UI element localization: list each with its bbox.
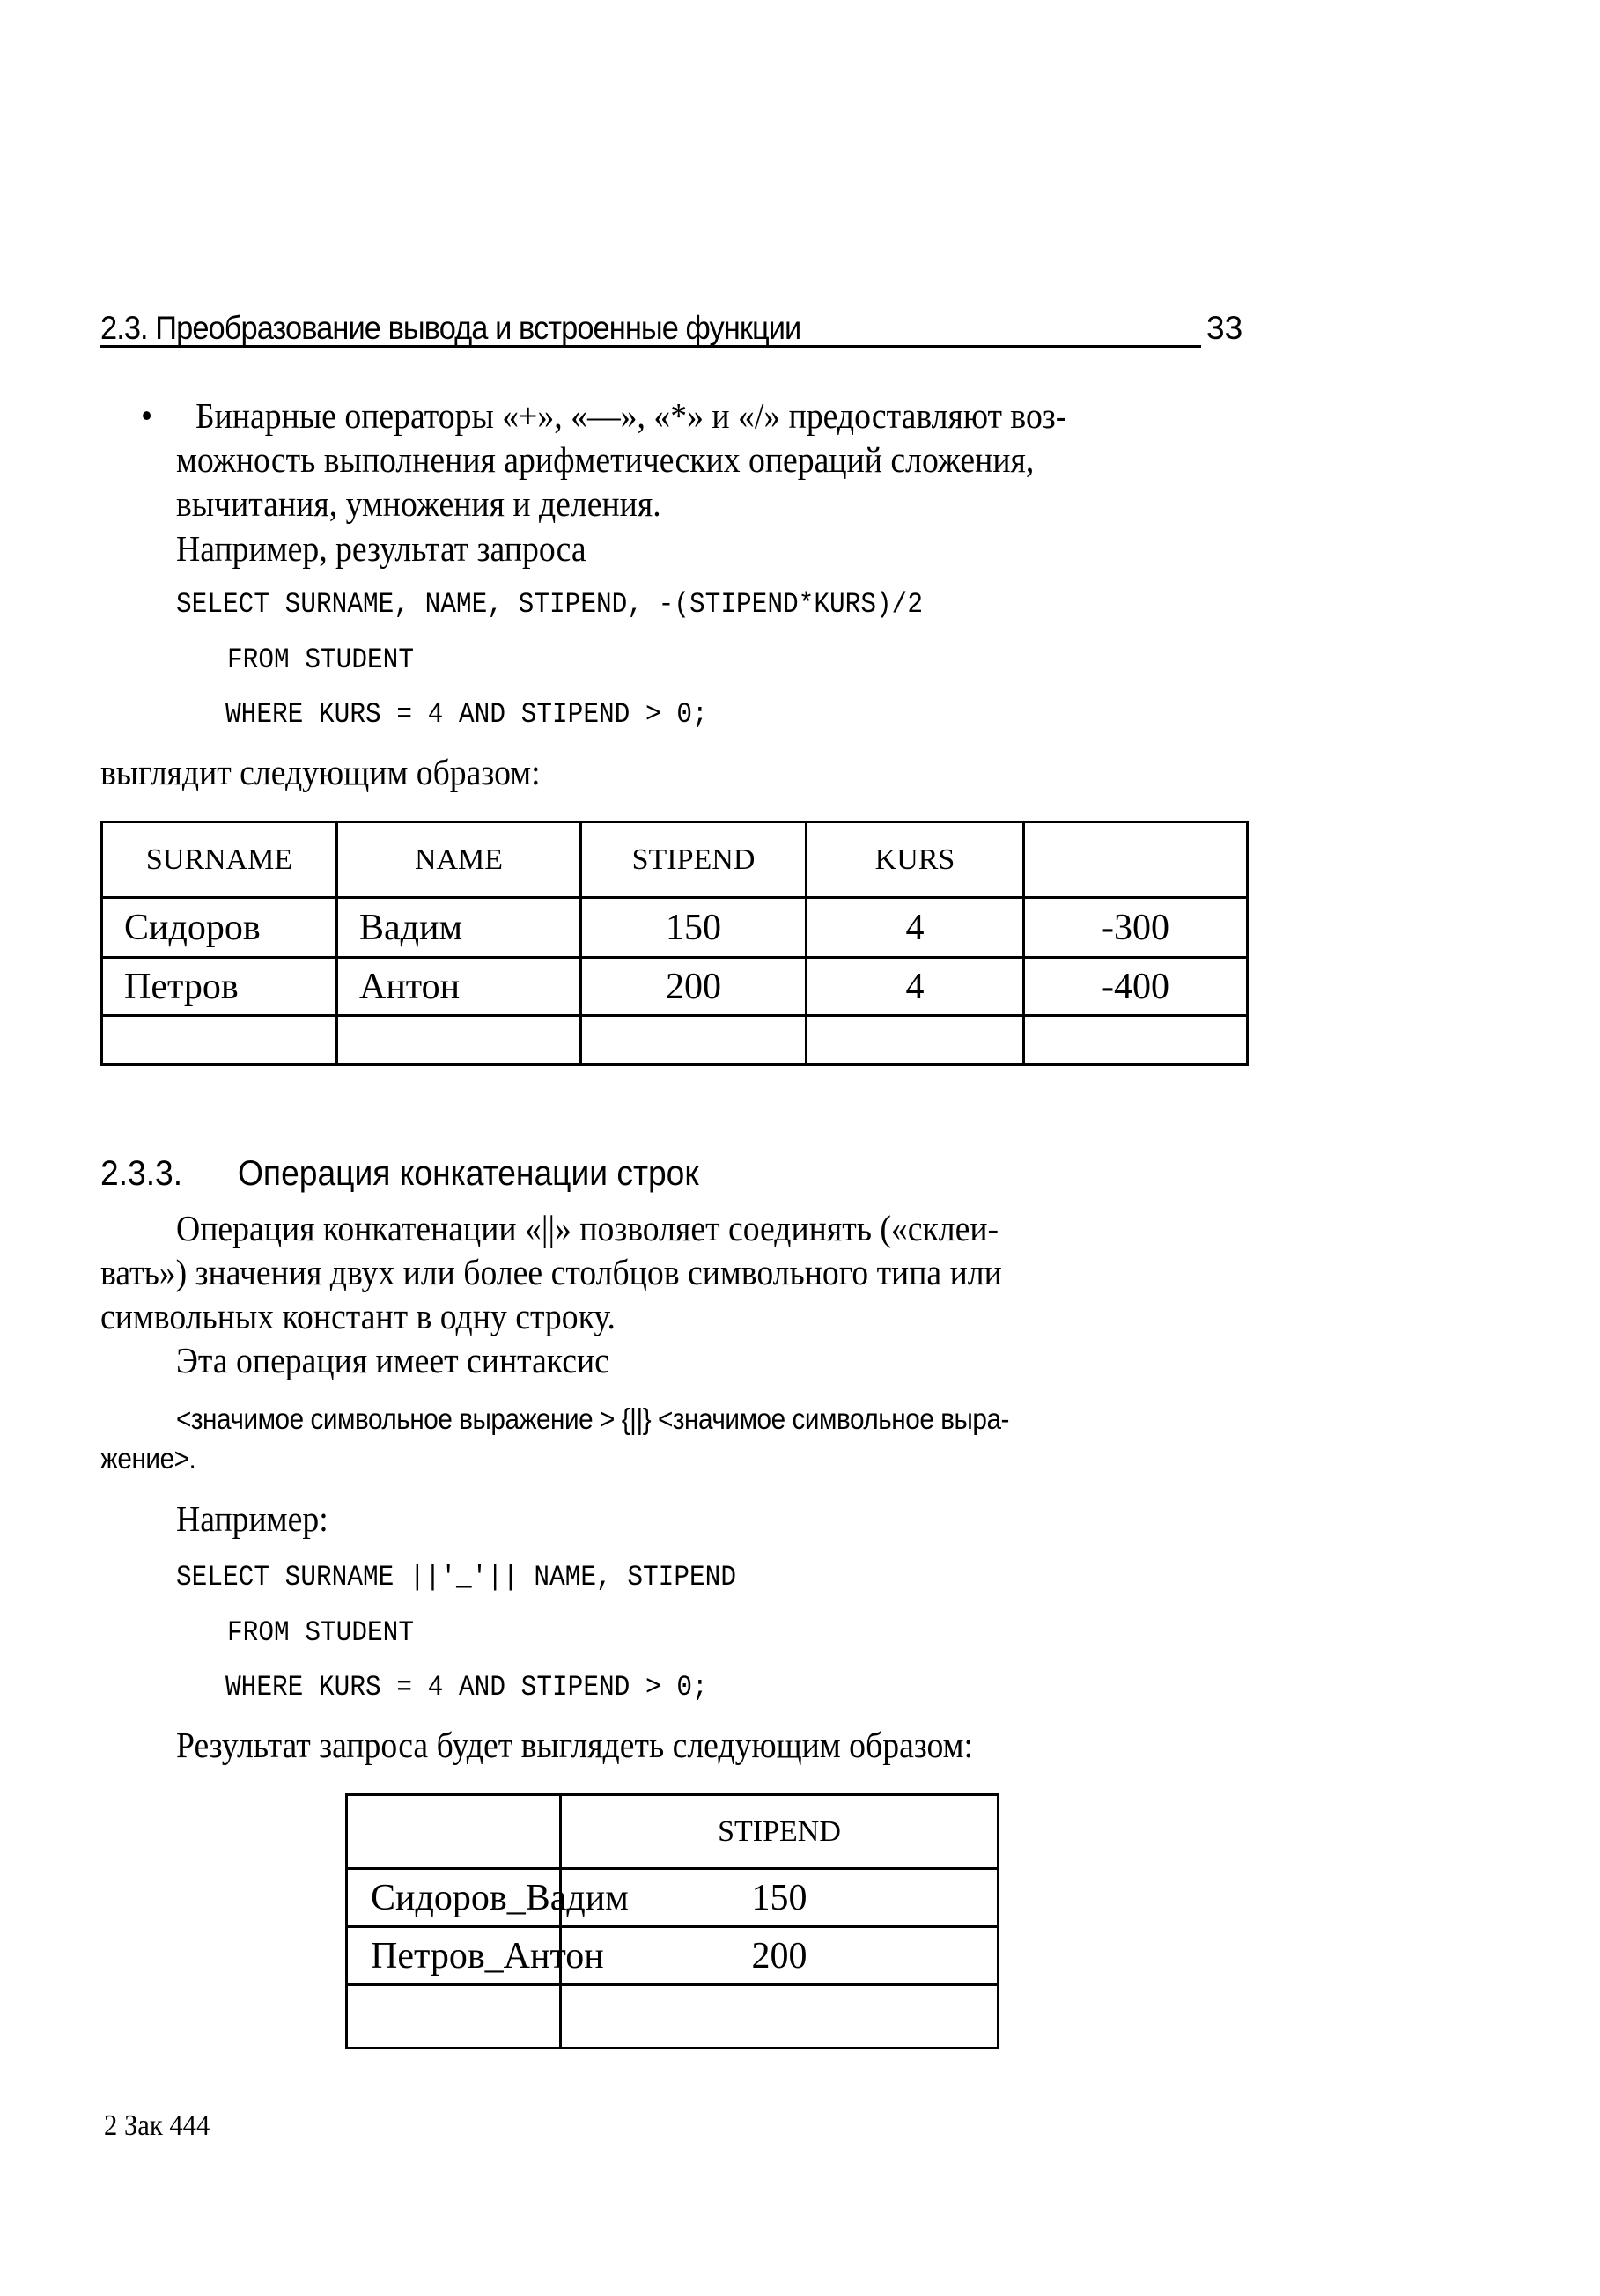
section-number: 2.3.3. <box>100 1154 182 1194</box>
table1-cell: Петров <box>102 958 337 1016</box>
section-para-line-3: символьных констант в одну строку. <box>100 1294 616 1338</box>
query1-line-2: FROM STUDENT <box>227 644 414 676</box>
table-row <box>102 1016 1248 1065</box>
result1-lead: выглядит следующим образом: <box>100 750 541 794</box>
table1-cell: 150 <box>581 898 807 958</box>
table1-cell: Сидоров <box>102 898 337 958</box>
bullet-icon: • <box>141 394 152 438</box>
query2-line-2: FROM STUDENT <box>227 1616 414 1649</box>
table1-header-kurs: KURS <box>807 822 1024 898</box>
syntax-line-2: жение>. <box>100 1442 195 1475</box>
table1-header-surname: SURNAME <box>102 822 337 898</box>
table1-cell <box>807 1016 1024 1065</box>
section-para-line-2: вать») значения двух или более столбцов … <box>100 1250 1002 1294</box>
table2-cell <box>347 1985 561 2049</box>
table-row: Сидоров Вадим 150 4 -300 <box>102 898 1248 958</box>
table-row: Петров_Антон 200 <box>347 1927 999 1985</box>
section-title: Операция конкатенации строк <box>238 1154 699 1194</box>
page-number: 33 <box>1206 310 1242 347</box>
table1-header-stipend: STIPEND <box>581 822 807 898</box>
query1-line-3: WHERE KURS = 4 AND STIPEND > 0; <box>225 698 708 731</box>
table1-cell: -300 <box>1024 898 1248 958</box>
intro-line-3: вычитания, умножения и деления. <box>176 482 661 526</box>
table1-cell <box>102 1016 337 1065</box>
table1-cell: -400 <box>1024 958 1248 1016</box>
table-row <box>347 1985 999 2049</box>
query2-line-1: SELECT SURNAME ||'_'|| NAME, STIPEND <box>176 1561 736 1593</box>
print-signature: 2 Зак 444 <box>104 2109 210 2143</box>
table-row: Сидоров_Вадим 150 <box>347 1869 999 1927</box>
table1-cell: Вадим <box>337 898 581 958</box>
table1-cell: Антон <box>337 958 581 1016</box>
table1-cell: 4 <box>807 958 1024 1016</box>
table1-cell: 200 <box>581 958 807 1016</box>
table1-header-name: NAME <box>337 822 581 898</box>
table2-header-stipend: STIPEND <box>561 1795 999 1869</box>
table-row: Петров Антон 200 4 -400 <box>102 958 1248 1016</box>
table2-header-row: STIPEND <box>347 1795 999 1869</box>
query2-line-3: WHERE KURS = 4 AND STIPEND > 0; <box>225 1671 708 1704</box>
table1-cell <box>581 1016 807 1065</box>
syntax-line-1: <значимое символьное выражение > {||} <з… <box>176 1402 1009 1436</box>
query1-line-1: SELECT SURNAME, NAME, STIPEND, -(STIPEND… <box>176 588 923 621</box>
example-lead-1: Например, результат запроса <box>176 526 586 570</box>
example-lead-2: Например: <box>176 1497 328 1541</box>
table1-cell <box>337 1016 581 1065</box>
section-para-line-1: Операция конкатенации «||» позволяет сое… <box>176 1206 999 1250</box>
table1-header-expr <box>1024 822 1248 898</box>
result-table-2: STIPEND Сидоров_Вадим 150 Петров_Антон 2… <box>345 1793 999 2049</box>
table1-header-row: SURNAME NAME STIPEND KURS <box>102 822 1248 898</box>
table1-cell <box>1024 1016 1248 1065</box>
table2-cell: Петров_Антон <box>347 1927 561 1985</box>
syntax-lead: Эта операция имеет синтаксис <box>176 1338 609 1382</box>
intro-line-1: Бинарные операторы «+», «—», «*» и «/» п… <box>195 394 1066 438</box>
table2-cell: 200 <box>561 1927 999 1985</box>
running-title: 2.3. Преобразование вывода и встроенные … <box>100 310 1165 347</box>
table1-cell: 4 <box>807 898 1024 958</box>
table2-cell: Сидоров_Вадим <box>347 1869 561 1927</box>
intro-line-2: можность выполнения арифметических опера… <box>176 438 1034 482</box>
header-rule <box>100 345 1201 348</box>
result-table-1: SURNAME NAME STIPEND KURS Сидоров Вадим … <box>100 821 1249 1066</box>
table2-cell <box>561 1985 999 2049</box>
table2-header-concat <box>347 1795 561 1869</box>
result2-lead: Результат запроса будет выглядеть следую… <box>176 1723 973 1767</box>
